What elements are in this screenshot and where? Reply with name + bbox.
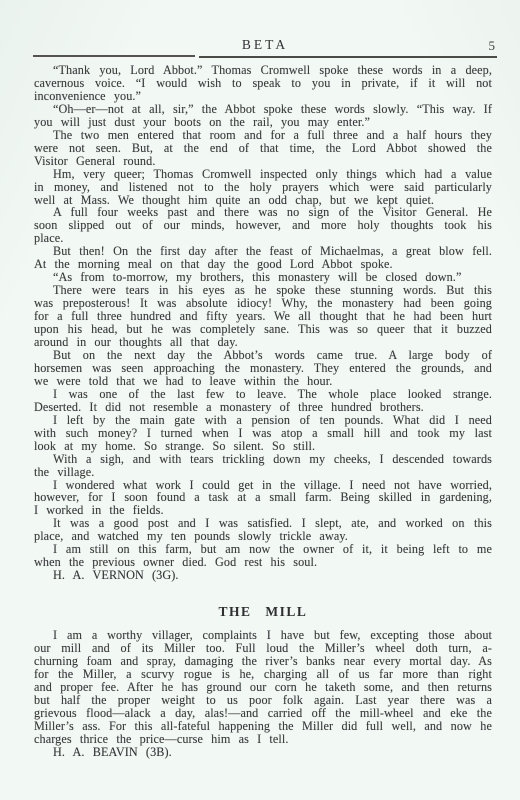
story-paragraph: I was one of the last few to leave. The … (34, 388, 492, 414)
story-cromwell: “Thank you, Lord Abbot.” Thomas Cromwell… (34, 64, 492, 582)
story-paragraph: “Thank you, Lord Abbot.” Thomas Cromwell… (34, 64, 492, 103)
story-the-mill: THE MILL I am a worthy villager, complai… (34, 604, 492, 759)
header-rule-left-segment (33, 55, 195, 57)
scanned-page: BETA 5 “Thank you, Lord Abbot.” Thomas C… (0, 0, 520, 800)
story-paragraph: Hm, very queer; Thomas Cromwell inspecte… (34, 168, 492, 207)
header-rule-right-segment (199, 56, 497, 58)
publication-title: BETA (33, 37, 497, 53)
story-paragraph: It was a good post and I was satisfied. … (34, 517, 492, 543)
story-paragraph: I am a worthy villager, complaints I hav… (34, 629, 492, 746)
story-byline-beavin: H. A. BEAVIN (3B). (34, 746, 492, 759)
story-paragraph: There were tears in his eyes as he spoke… (34, 284, 492, 349)
story-paragraph: “Oh—er—not at all, sir,” the Abbot spoke… (34, 103, 492, 129)
story-paragraph: I am still on this farm, but am now the … (34, 543, 492, 569)
story-paragraph: With a sigh, and with tears trickling do… (34, 453, 492, 479)
story-paragraph: I wondered what work I could get in the … (34, 479, 492, 518)
story-title-the-mill: THE MILL (34, 604, 492, 620)
page-number: 5 (489, 38, 496, 54)
story-paragraph: But on the next day the Abbot’s words ca… (34, 349, 492, 388)
page-header: BETA 5 (33, 37, 497, 53)
story-paragraph: But then! On the first day after the fea… (34, 245, 492, 271)
story-byline-vernon: H. A. VERNON (3G). (34, 569, 492, 582)
story-paragraph: A full four weeks past and there was no … (34, 206, 492, 245)
story-paragraph: I left by the main gate with a pension o… (34, 414, 492, 453)
story-paragraph: The two men entered that room and for a … (34, 129, 492, 168)
